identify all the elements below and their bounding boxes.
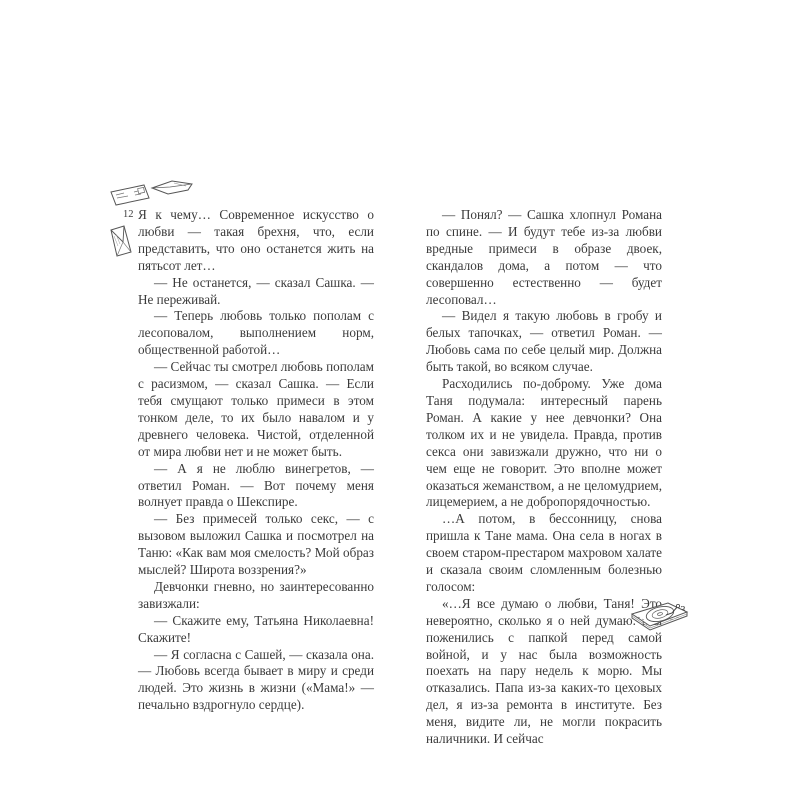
- folded-envelope-icon: [108, 224, 134, 258]
- paragraph: — Понял? — Сашка хлопнул Романа по спине…: [426, 207, 662, 308]
- left-page-text: Я к чему… Современное искусство о любви …: [138, 207, 374, 714]
- page-number-left: 12: [123, 209, 134, 220]
- paragraph: — Теперь любовь только пополам с лесопов…: [138, 308, 374, 359]
- paragraph: — Видел я такую любовь в гробу и белых т…: [426, 308, 662, 376]
- paragraph: — Без примесей только секс, — с вызовом …: [138, 511, 374, 579]
- paragraph: — Сейчас ты смотрел любовь пополам с рас…: [138, 359, 374, 460]
- record-player-icon: [628, 600, 690, 632]
- right-page-text: — Понял? — Сашка хлопнул Романа по спине…: [426, 207, 662, 748]
- paragraph: Я к чему… Современное искусство о любви …: [138, 207, 374, 275]
- letter-icon: [108, 183, 152, 207]
- paragraph: Девчонки гневно, но заинтересованно зави…: [138, 579, 374, 613]
- paragraph: — Скажите ему, Татьяна Николаевна! Скажи…: [138, 613, 374, 647]
- paragraph: — Не останется, — сказал Сашка. — Не пер…: [138, 275, 374, 309]
- paragraph: — А я не люблю винегретов, — ответил Ром…: [138, 461, 374, 512]
- envelope-icon: [150, 178, 194, 196]
- paragraph: …А потом, в бессонницу, снова пришла к Т…: [426, 511, 662, 596]
- paragraph: Расходились по-доброму. Уже дома Таня по…: [426, 376, 662, 511]
- paragraph: «…Я все думаю о любви, Таня! Это невероя…: [426, 596, 662, 748]
- paragraph: — Я согласна с Сашей, — сказала она. — Л…: [138, 647, 374, 715]
